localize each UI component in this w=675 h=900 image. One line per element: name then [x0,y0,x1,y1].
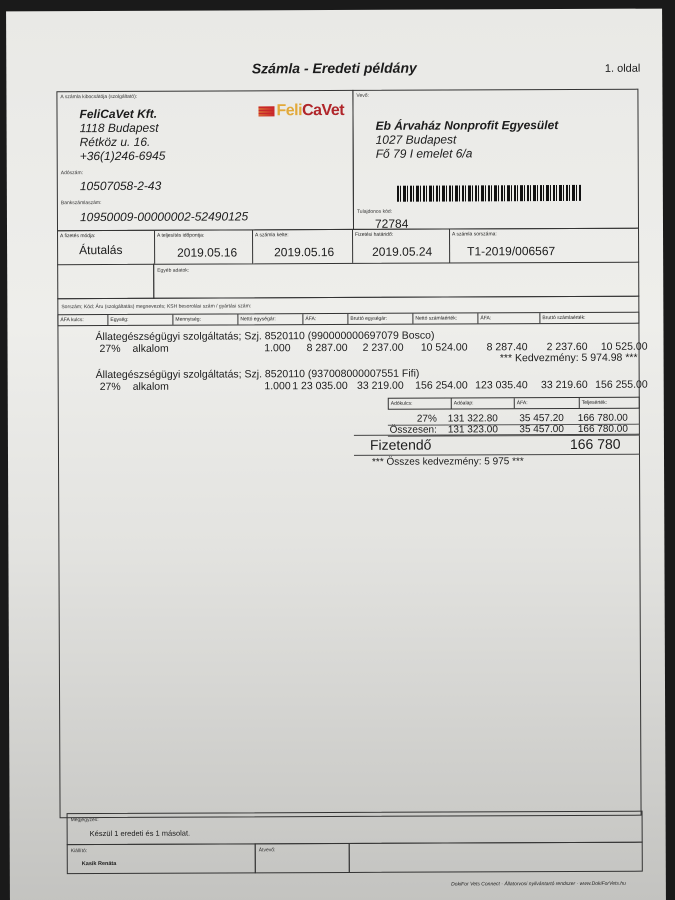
summary-cell: 35 457.20 [519,413,564,424]
item-value: 1 23 035.00 [292,380,348,392]
seller-street: Rétköz u. 16. [80,135,151,149]
items-description-header: Sorszám; Kód; Áru (szolgáltatás) megneve… [61,303,251,310]
summary-column-header: ÁFA: [515,398,580,408]
summary-cell: 27% [417,414,437,425]
company-logo: FeliCaVet [258,102,344,120]
other-data-box: Egyéb adatok: [153,262,639,299]
other-data-label: Egyéb adatok: [157,268,189,274]
issuer-name: Kasik Renáta [82,861,117,867]
payment-method: Átutalás [79,243,122,257]
note-box: Megjegyzés: Készül 1 eredeti és 1 másola… [67,811,643,846]
item-vat-rate: 27% [100,381,121,393]
item-value: 123 035.40 [475,379,528,391]
summary-column-header: Adóalap: [452,398,515,408]
column-header: ÁFA: [478,313,540,323]
buyer-street: Fő 79 I emelet 6/a [376,146,473,160]
signature-label: Átvevő: [259,847,276,853]
tax-id: 10507058-2-43 [80,179,161,193]
note-label: Megjegyzés: [71,817,99,823]
buyer-city: 1027 Budapest [376,132,457,146]
item-value: 1.000 [264,380,290,392]
payable-label: Fizetendő [370,437,432,453]
summary-cell: 131 322.80 [448,413,498,424]
tax-id-label: Adószám: [61,170,83,176]
summary-cell: 166 780.00 [578,413,628,424]
item-unit: alkalom [133,343,169,355]
column-header: ÁFA: [303,314,348,324]
item-value: 2 237.00 [363,342,404,354]
seller-phone: +36(1)246-6945 [80,149,166,163]
invoice-number: T1-2019/006567 [467,244,555,258]
software-footer: DokiFor Vets Connect · Állatorvosi nyilv… [451,881,626,888]
payable-value: 166 780 [570,436,621,452]
issuer-label: Kiállító: [71,848,87,854]
seller-city: 1118 Budapest [80,121,159,135]
buyer-box: Vevő: Eb Árvaház Nonprofit Egyesület 102… [352,89,639,230]
summary-cell: 35 457.00 [519,424,564,435]
item-value: 8 287.00 [307,342,348,354]
summary-cell: 166 780.00 [578,424,628,435]
fulfillment-date: 2019.05.16 [177,245,237,259]
summary-column-header: Adókulcs: [389,398,452,408]
summary-cell: Összesen: [390,425,437,436]
owner-code-label: Tulajdonos kód: [357,209,392,215]
column-header: Bruttó számlaérték: [540,313,600,323]
items-list [6,9,662,12]
item-value: 1.000 [264,342,290,354]
column-header: Nettó egységár: [238,314,303,324]
issuer-box: Kiállító: Kasik Renáta [67,843,256,874]
items-column-header: ÁFA kulcs:Egység:Mennyiség:Nettó egységá… [57,312,639,327]
column-header: Mennyiség: [173,314,238,324]
blank-box [349,842,643,873]
item-unit: alkalom [133,381,169,393]
summary-header: Adókulcs:Adóalap:ÁFA:Teljesérték: [388,397,640,410]
barcode [397,185,582,202]
seller-name: FeliCaVet Kft. [79,107,157,121]
summary-cell: 131 323.00 [448,424,498,435]
page-title: Számla - Eredeti példány [6,59,662,78]
buyer-label: Vevő: [356,93,369,99]
summary-column-header: Teljesérték: [580,398,641,408]
signature-box: Átvevő: [255,843,350,873]
item-value: 33 219.60 [541,379,588,391]
invoice-page: Számla - Eredeti példány 1. oldal A szám… [6,9,666,900]
item-value: 10 524.00 [421,341,468,353]
payment-method-extend [57,264,154,299]
seller-label: A számla kibocsátója (szolgáltató): [60,94,137,100]
due-date: 2019.05.24 [372,245,432,259]
item-value: 33 219.00 [357,380,404,392]
item-value: 156 254.00 [415,379,468,391]
summary-rows [6,9,662,12]
item-discount: *** Kedvezmény: 5 974.98 *** [500,352,638,365]
column-header: Egység: [108,315,173,325]
issue-date: 2019.05.16 [274,245,334,259]
column-header: Bruttó egységár: [348,314,413,324]
item-value: 156 255.00 [595,379,648,391]
page-number: 1. oldal [605,63,641,75]
column-header: Nettó számlaérték: [413,313,478,323]
item-vat-rate: 27% [100,343,121,355]
buyer-name: Eb Árvaház Nonprofit Egyesület [376,118,559,133]
column-header: ÁFA kulcs: [58,315,108,325]
bank-account-label: Bankszámlaszám: [61,200,102,206]
note-text: Készül 1 eredeti és 1 másolat. [90,829,191,838]
logo-icon [258,106,274,116]
total-discount: *** Összes kedvezmény: 5 975 *** [372,456,524,468]
bank-account: 10950009-00000002-52490125 [80,209,248,224]
